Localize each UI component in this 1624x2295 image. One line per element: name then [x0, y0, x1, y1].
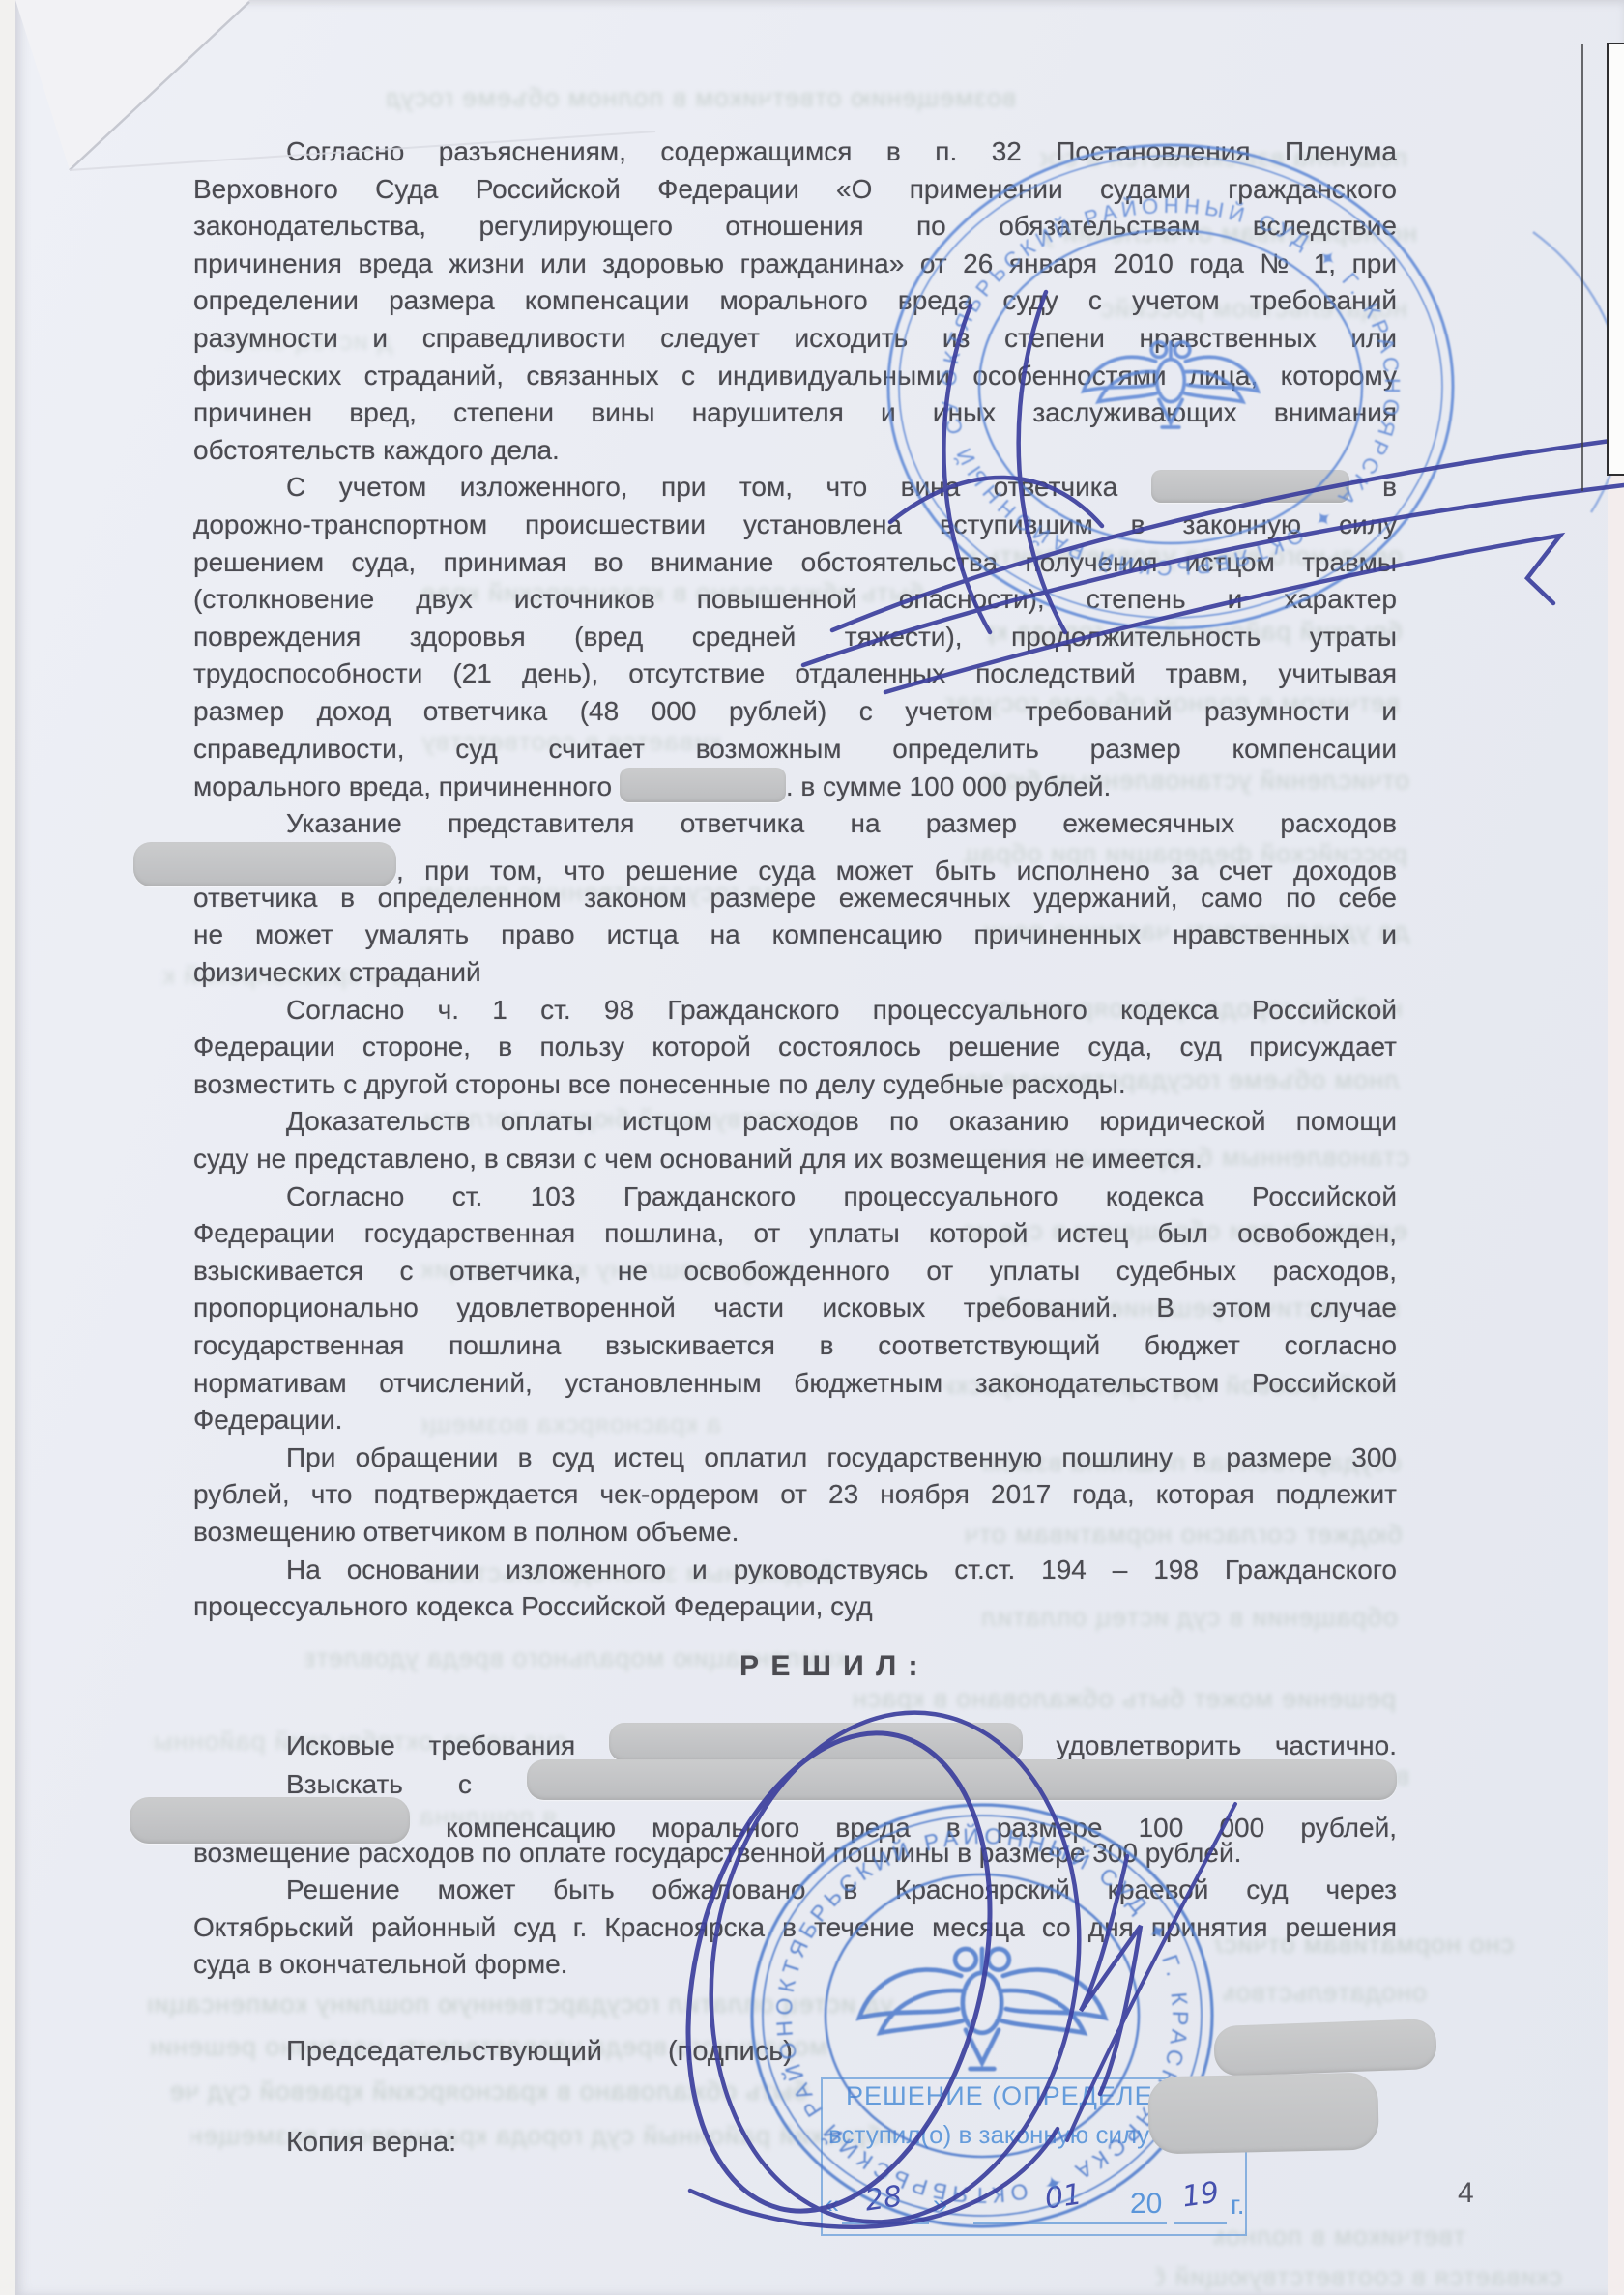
document-line: Взыскать с — [193, 1759, 1397, 1797]
document-line: справедливости, суд считает возможным оп… — [193, 731, 1397, 769]
year-suffix: г. — [1231, 2190, 1245, 2221]
document-line: физических страданий — [193, 954, 1397, 992]
document-line: повреждения здоровья (вред средней тяжес… — [193, 619, 1397, 656]
adjacent-page-edge — [1607, 43, 1624, 476]
document-line: Указание представителя ответчика на разм… — [193, 805, 1397, 843]
decision-heading: Р Е Ш И Л : — [193, 1647, 1397, 1686]
bleedthrough-line: быть обжаловано в красноярский краевой с… — [170, 2077, 808, 2108]
scanned-court-decision: { "document": { "heading": "Р Е Ш И Л :"… — [0, 0, 1624, 2295]
document-line: возмещение расходов по оплате государств… — [193, 1835, 1397, 1873]
page-number: 4 — [1458, 2177, 1474, 2210]
copy-correct-label: Копия верна: — [286, 2127, 456, 2159]
presiding-judge-label: Председательствующий — [286, 2036, 602, 2067]
document-line: государственная пошлина взыскивается в с… — [193, 1327, 1397, 1365]
document-line: размер доход ответчика (48 000 рублей) с… — [193, 693, 1397, 731]
document-line: решением суда, принимая во внимание обст… — [193, 544, 1397, 582]
document-line: При обращении в суд истец оплатил госуда… — [193, 1439, 1397, 1477]
year-prefix: 20 — [1130, 2188, 1162, 2221]
redaction — [620, 768, 786, 802]
handwritten-day: 28 — [863, 2180, 905, 2219]
document-line: (столкновение двух источников повышенной… — [193, 581, 1397, 619]
redaction — [527, 1759, 1397, 1800]
redaction — [1147, 2073, 1379, 2155]
document-line: взыскивается с ответчика, не освобожденн… — [193, 1253, 1397, 1291]
document-line: Согласно ч. 1 ст. 98 Гражданского процес… — [193, 992, 1397, 1030]
document-line: Согласно ст. 103 Гражданского процессуал… — [193, 1178, 1397, 1216]
document-line: Октябрьский районный суд г. Красноярска … — [193, 1909, 1397, 1947]
bleedthrough-line: тветчиком в полном объеме государственна… — [1214, 2222, 1465, 2253]
document-line: пропорционально удовлетворенной части ис… — [193, 1290, 1397, 1327]
handwritten-year: 19 — [1180, 2176, 1222, 2215]
document-line: дорожно-транспортном происшествии устано… — [193, 507, 1397, 544]
page-edge-line — [1581, 44, 1583, 491]
document-line: Верховного Суда Российской Федерации «О … — [193, 171, 1397, 209]
document-line: не может умалять право истца на компенса… — [193, 916, 1397, 954]
court-decision-text: Согласно разъяснениям, содержащимся в п.… — [193, 133, 1397, 1984]
redaction — [609, 1723, 1023, 1761]
document-line: На основании изложенного и руководствуяс… — [193, 1552, 1397, 1589]
stamp-date-row: « » 20 г. 28 01 19 — [823, 2188, 1245, 2228]
document-line: суда в окончательной форме. — [193, 1946, 1397, 1984]
redaction — [1151, 470, 1349, 503]
document-line: причинения вреда жизни или здоровью граж… — [193, 246, 1397, 283]
quote-open: « — [825, 2190, 839, 2220]
document-line: суду не представлено, в связи с чем осно… — [193, 1141, 1397, 1178]
bleedthrough-line: возмещению ответчиком в полном объеме го… — [388, 83, 1016, 115]
document-line: , при том, что решение суда может быть и… — [193, 842, 1397, 880]
document-line: нормативам отчислений, установленным бюд… — [193, 1365, 1397, 1403]
document-line: причинен вред, степени вины нарушителя и… — [193, 394, 1397, 432]
quote-close: » — [933, 2190, 947, 2220]
document-line: Решение может быть обжаловано в Краснояр… — [193, 1872, 1397, 1909]
document-line: С учетом изложенного, при том, что вина … — [193, 469, 1397, 507]
redaction — [1213, 2019, 1437, 2077]
document-line: трудоспособности (21 день), отсутствие о… — [193, 655, 1397, 693]
document-line: разумности и справедливости следует исхо… — [193, 320, 1397, 358]
bleedthrough-line: скивается в соответствующий бюджет согла… — [1156, 2262, 1562, 2294]
document-line: Согласно разъяснениям, содержащимся в п.… — [193, 133, 1397, 171]
document-line: Федерации стороне, в пользу которой сост… — [193, 1029, 1397, 1066]
document-line: ответчика в определенном законом размере… — [193, 880, 1397, 917]
document-line: морального вреда, причиненного . в сумме… — [193, 768, 1397, 805]
document-line: определении размера компенсации морально… — [193, 282, 1397, 320]
handwritten-month: 01 — [1043, 2178, 1085, 2217]
document-line: возмещению ответчиком в полном объеме. — [193, 1514, 1397, 1552]
document-line: рублей, что подтверждается чек-ордером о… — [193, 1476, 1397, 1514]
document-line: компенсацию морального вреда в размере 1… — [193, 1797, 1397, 1835]
scanner-edge-strip — [1608, 476, 1624, 2295]
document-line: возместить с другой стороны все понесенн… — [193, 1066, 1397, 1104]
document-line: Доказательств оплаты истцом расходов по … — [193, 1103, 1397, 1141]
signature-placeholder-label: (подпись) — [668, 2036, 793, 2067]
bleedthrough-line: уд истец оплатил государственную пошлину… — [149, 1990, 893, 2021]
document-line: обстоятельств каждого дела. — [193, 432, 1397, 470]
document-line: Федерации. — [193, 1402, 1397, 1439]
document-line: Исковые требования удовлетворить частичн… — [193, 1723, 1397, 1760]
stamp-force-label: вступил(о) в законную силу — [828, 2120, 1149, 2150]
document-line: законодательства, регулирующего отношени… — [193, 208, 1397, 246]
document-page: возмещению ответчиком в полном объеме го… — [15, 0, 1624, 2295]
document-line: процессуального кодекса Российской Федер… — [193, 1588, 1397, 1626]
document-line: Федерации государственная пошлина, от уп… — [193, 1215, 1397, 1253]
document-line: физических страданий, связанных с индиви… — [193, 358, 1397, 395]
presiding-judge-row: Председательствующий(подпись) — [286, 2036, 793, 2068]
